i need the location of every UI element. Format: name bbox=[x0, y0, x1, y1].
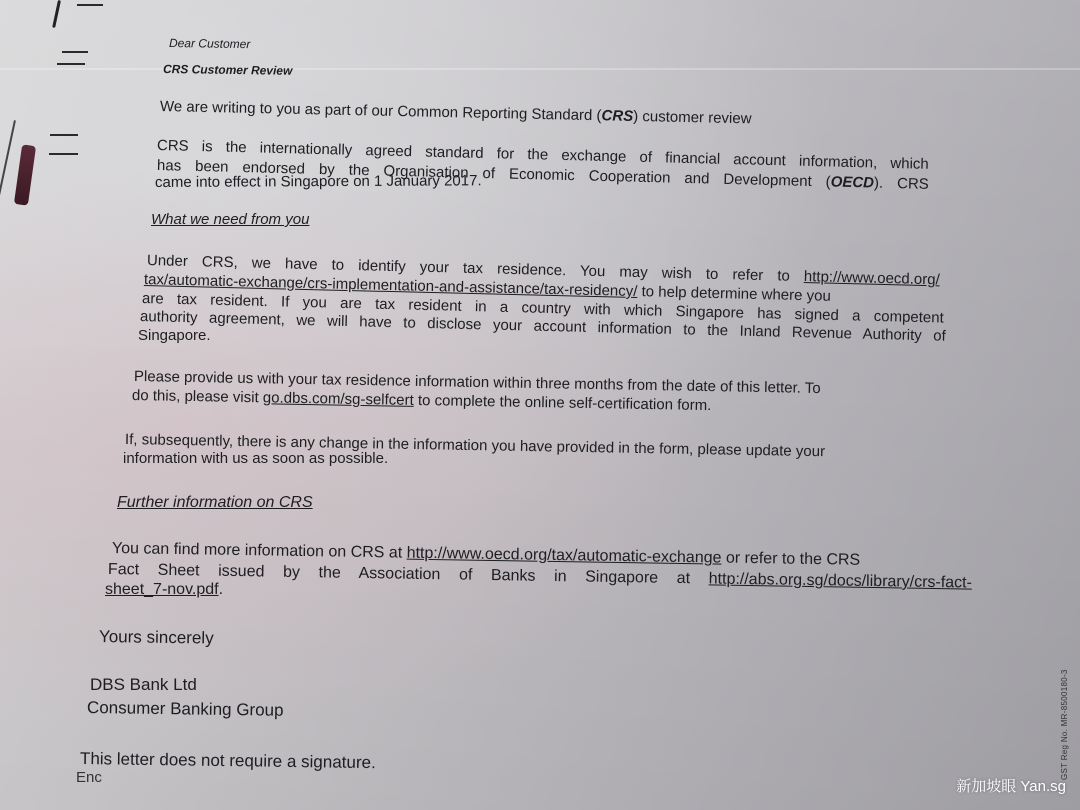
further-info-text-end: . bbox=[219, 581, 223, 598]
margin-tick-mark bbox=[62, 51, 88, 53]
tax-residence-line: Singapore. bbox=[138, 327, 211, 344]
margin-tick-mark bbox=[50, 134, 78, 136]
update-info-line: information with us as soon as possible. bbox=[123, 450, 388, 467]
sender-company: DBS Bank Ltd bbox=[90, 675, 197, 695]
definition-text-end: ). CRS bbox=[874, 175, 929, 193]
section-heading-further-info: Further information on CRS bbox=[117, 494, 313, 512]
further-info-text: or refer to the CRS bbox=[721, 550, 860, 569]
abs-fact-sheet-link[interactable]: http://abs.org.sg/docs/library/crs-fact- bbox=[709, 570, 972, 591]
abs-fact-sheet-link-cont[interactable]: sheet_7-nov.pdf bbox=[105, 581, 219, 598]
salutation: Dear Customer bbox=[169, 36, 251, 51]
oecd-bold: OECD bbox=[830, 173, 874, 191]
closing: Yours sincerely bbox=[99, 627, 214, 649]
section-heading-what-we-need: What we need from you bbox=[151, 211, 309, 228]
margin-tick-mark bbox=[77, 4, 103, 6]
further-info-line: sheet_7-nov.pdf. bbox=[105, 581, 223, 599]
provide-info-text: do this, please visit bbox=[132, 387, 263, 406]
sender-department: Consumer Banking Group bbox=[87, 698, 284, 721]
intro-crs-bold: CRS bbox=[601, 107, 633, 125]
margin-tick-mark bbox=[57, 63, 85, 65]
margin-tick-mark bbox=[49, 153, 78, 155]
oecd-link[interactable]: http://www.oecd.org/ bbox=[804, 268, 940, 288]
dbs-selfcert-link[interactable]: go.dbs.com/sg-selfcert bbox=[263, 389, 414, 409]
oecd-automatic-exchange-link[interactable]: http://www.oecd.org/tax/automatic-exchan… bbox=[407, 545, 722, 567]
crs-definition-line: came into effect in Singapore on 1 Janua… bbox=[155, 172, 482, 191]
side-reference-code: GST Reg No. MR-8500180-3 bbox=[1060, 669, 1069, 780]
watermark: 新加坡眼 Yan.sg bbox=[956, 775, 1066, 796]
subject-line: CRS Customer Review bbox=[163, 62, 293, 78]
signature-note: This letter does not require a signature… bbox=[80, 749, 376, 773]
intro-text-end: ) customer review bbox=[633, 108, 752, 127]
enclosure-label: Enc bbox=[76, 769, 102, 786]
further-info-text: You can find more information on CRS at bbox=[112, 540, 407, 562]
